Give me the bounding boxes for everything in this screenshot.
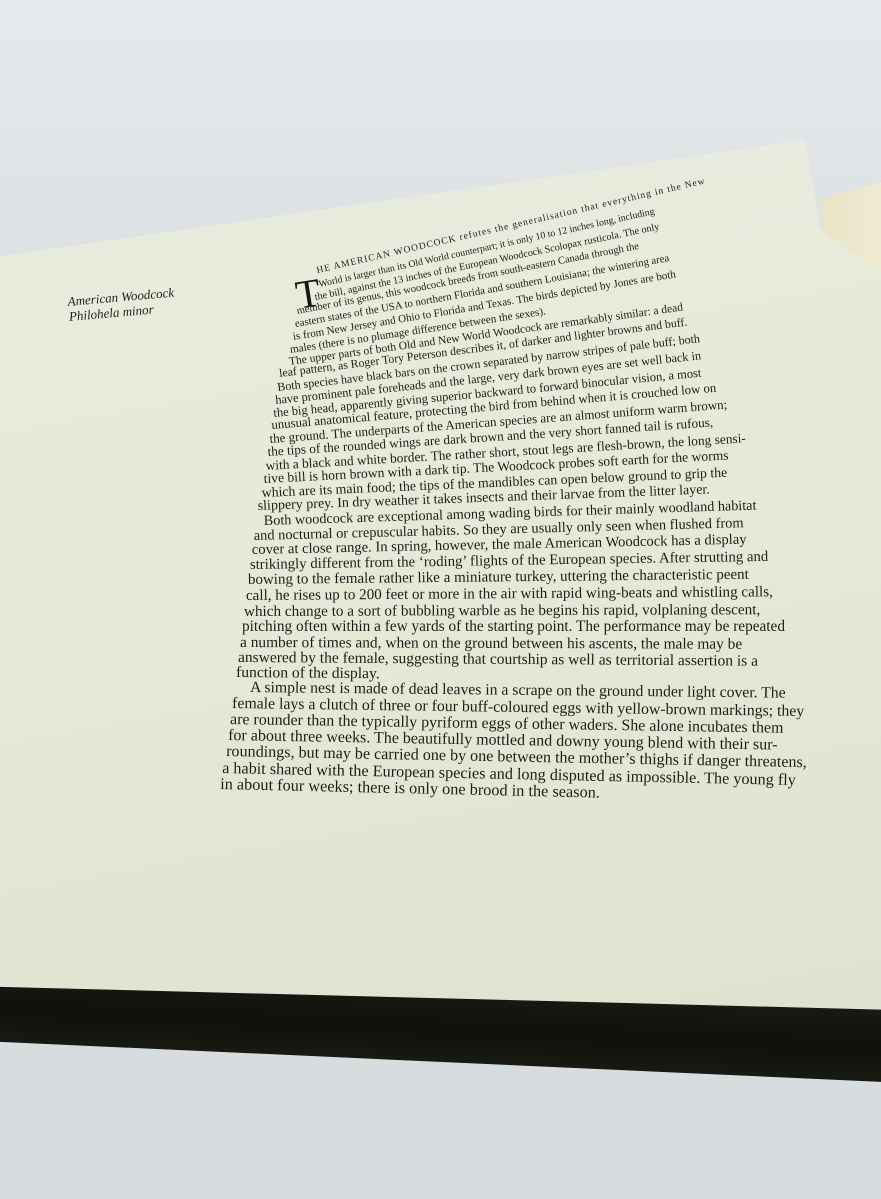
- text-line: which change to a sort of bubbling warbl…: [244, 602, 760, 619]
- photo-scene: American Woodcock Philohela minor T HE A…: [0, 0, 881, 1199]
- text-line: pitching often within a few yards of the…: [242, 619, 785, 634]
